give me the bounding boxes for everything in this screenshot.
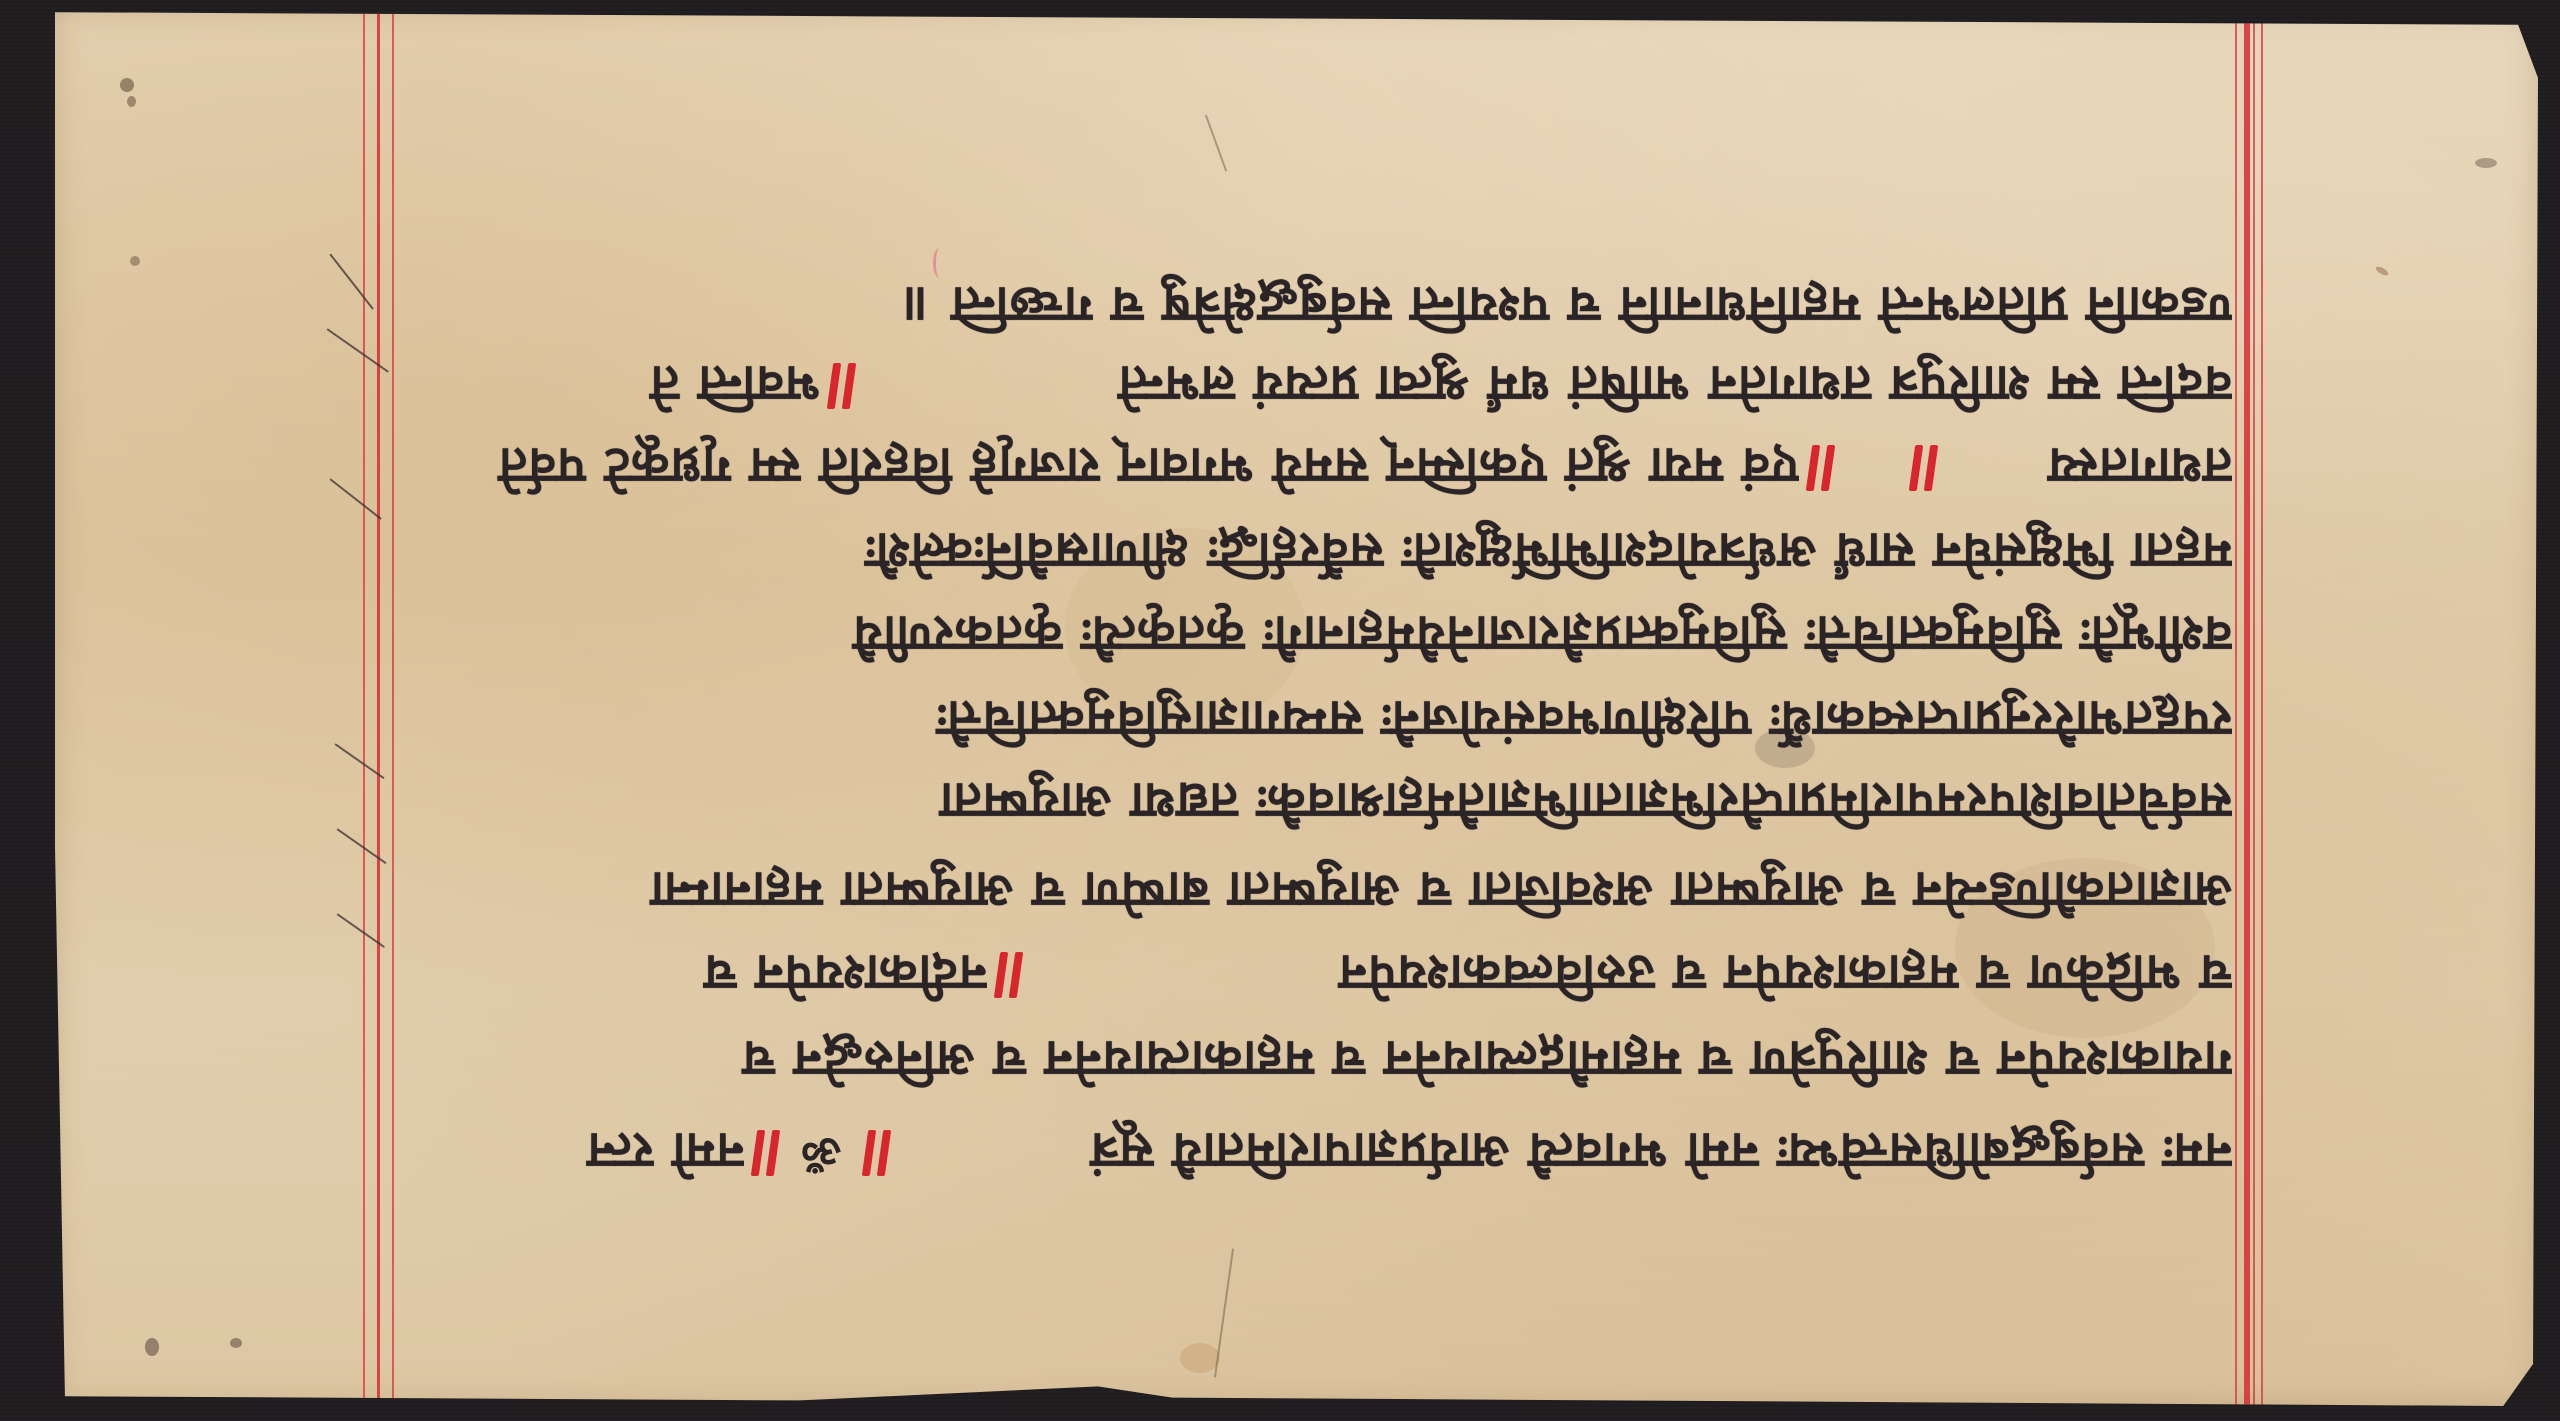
red-double-danda-icon <box>754 1130 777 1176</box>
manuscript-line: वशीभूतैः सुविमुक्तचित्तैः सुविमुक्तप्रज्… <box>395 601 2232 671</box>
manuscript-text: एवं मया श्रुतं एकस्मिन् समये भगवान् राजग… <box>395 434 1799 502</box>
manuscript-text: ण्डकानि प्रतिलभन्ते महानिधानानि च पश्यन्… <box>395 273 2232 341</box>
manuscript-line: महता भिक्षुसंघेन सार्धं अर्धत्रयोदशभिर्भ… <box>395 518 2232 588</box>
manuscript-text: नमः सर्वबुद्धबोधिसत्त्वेभ्यः नमो भगवत्यै… <box>898 1119 2232 1187</box>
right-margin-rule <box>2253 16 2255 1406</box>
pen-stroke <box>329 253 374 309</box>
pen-stroke <box>329 478 381 520</box>
manuscript-text: वदन्ति स्म शारिपुत्र तथागतेन भाषितं धर्म… <box>863 352 2232 420</box>
manuscript-line: नमः सर्वबुद्धबोधिसत्त्वेभ्यः नमो भगवत्यै… <box>395 1118 2232 1188</box>
manuscript-text: आज्ञातकौण्डिन्येन च आयुष्मता अश्वजिता च … <box>395 858 2232 926</box>
manuscript-line: तथागतस्य एवं मया श्रुतं एकस्मिन् समये भग… <box>395 433 2232 503</box>
left-margin-rule <box>363 12 365 1406</box>
manuscript-line: च भद्रिकेण च महाकाश्यपेन च उरुविल्वकाश्य… <box>395 940 2232 1010</box>
manuscript-text: सर्वचेतोवशिपरमपारमिप्राप्तैरभिज्ञाताभिज्… <box>395 769 2232 837</box>
manuscript-line: आज्ञातकौण्डिन्येन च आयुष्मता अश्वजिता च … <box>395 857 2232 927</box>
stain <box>127 96 136 107</box>
manuscript-text: गयाकाश्यपेन च शारिपुत्रेण च महामौद्गल्या… <box>395 1027 2232 1095</box>
right-margin-rule <box>2235 16 2237 1406</box>
left-margin-rule <box>377 12 380 1406</box>
red-double-danda-icon <box>997 952 1020 998</box>
stain <box>120 78 134 92</box>
manuscript-line: सर्वचेतोवशिपरमपारमिप्राप्तैरभिज्ञाताभिज्… <box>395 768 2232 838</box>
red-double-danda-icon <box>1809 445 1832 491</box>
manuscript-text: च भद्रिकेण च महाकाश्यपेन च उरुविल्वकाश्य… <box>1030 941 2232 1009</box>
stain <box>2475 158 2497 168</box>
om-symbol-icon: ॐ <box>801 1123 841 1183</box>
manuscript-line: वदन्ति स्म शारिपुत्र तथागतेन भाषितं धर्म… <box>395 351 2232 421</box>
paper-crease <box>1205 114 1227 171</box>
stain <box>130 256 140 266</box>
manuscript-text: नमो रत्न <box>395 1119 744 1187</box>
manuscript-folio: ण्डकानि प्रतिलभन्ते महानिधानानि च पश्यन्… <box>55 8 2538 1406</box>
red-double-danda-icon <box>865 1130 888 1176</box>
manuscript-text: तथागतस्य <box>1945 434 2232 502</box>
manuscript-text: वशीभूतैः सुविमुक्तचित्तैः सुविमुक्तप्रज्… <box>395 602 2232 670</box>
red-double-danda-icon <box>1912 445 1935 491</box>
manuscript-line: गयाकाश्यपेन च शारिपुत्रेण च महामौद्गल्या… <box>395 1026 2232 1096</box>
right-margin-rule <box>2244 16 2250 1406</box>
manuscript-text: महता भिक्षुसंघेन सार्धं अर्धत्रयोदशभिर्भ… <box>395 519 2232 587</box>
stain <box>1180 1343 1220 1373</box>
manuscript-line: ण्डकानि प्रतिलभन्ते महानिधानानि च पश्यन्… <box>395 272 2232 342</box>
manuscript-line: रपहृतभारैरनुप्राप्तस्वकार्थैः परिक्षीणभव… <box>395 686 2232 756</box>
manuscript-text: रपहृतभारैरनुप्राप्तस्वकार्थैः परिक्षीणभव… <box>395 687 2232 755</box>
paper-crease <box>1214 1248 1234 1377</box>
manuscript-text: भवन्ति ते <box>395 352 820 420</box>
left-margin-rule <box>392 12 394 1406</box>
manuscript-text: नदीकाश्यपेन च <box>395 941 987 1009</box>
stain <box>2374 265 2389 277</box>
stain <box>145 1338 159 1356</box>
right-margin-rule <box>2261 16 2263 1406</box>
stain <box>230 1338 242 1348</box>
red-double-danda-icon <box>830 363 853 409</box>
